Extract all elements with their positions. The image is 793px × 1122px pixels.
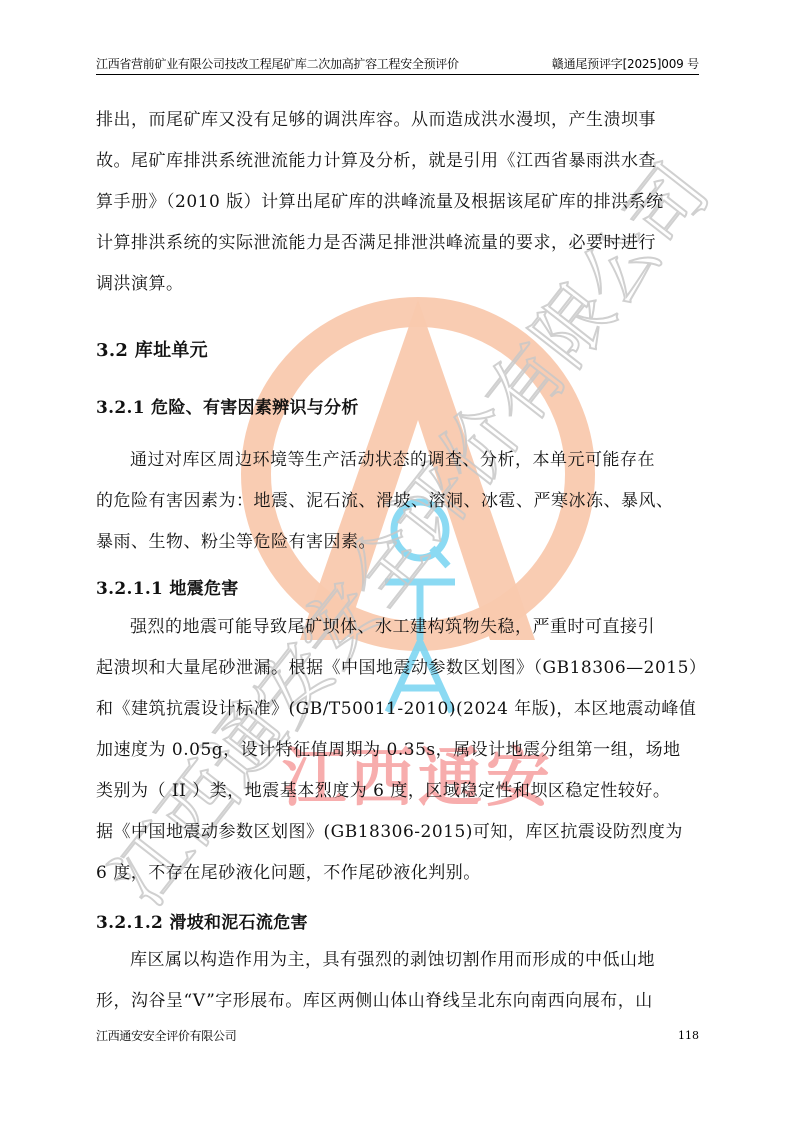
text-line: 故。尾矿库排洪系统泄流能力计算及分析，就是引用《江西省暴雨洪水查	[96, 141, 702, 182]
section-heading-3-2: 3.2 库址单元	[96, 336, 208, 362]
earthquake-hazard-paragraph: 强烈的地震可能导致尾矿坝体、水工建构筑物失稳，严重时可直接引 起溃坝和大量尾砂泄…	[96, 607, 702, 894]
landslide-debris-flow-paragraph: 库区属以构造作用为主，具有强烈的剥蚀切割作用而形成的中低山地 形，沟谷呈“V”字…	[96, 940, 702, 1022]
page-number: 118	[678, 1028, 699, 1044]
section-heading-3-2-1: 3.2.1 危险、有害因素辨识与分析	[96, 393, 359, 418]
page-header: 江西省营前矿业有限公司技改工程尾矿库二次加高扩容工程安全预评价 赣通尾预评字[2…	[96, 56, 699, 75]
text-line: 算手册》（2010 版）计算出尾矿库的洪峰流量及根据该尾矿库的排洪系统	[96, 182, 702, 223]
text-line: 调洪演算。	[96, 264, 702, 305]
section-heading-3-2-1-2: 3.2.1.2 滑坡和泥石流危害	[96, 908, 308, 933]
text-line: 起溃坝和大量尾砂泄漏。根据《中国地震动参数区划图》（GB18306—2015）	[96, 648, 702, 689]
text-line: 排出，而尾矿库又没有足够的调洪库容。从而造成洪水漫坝，产生溃坝事	[96, 100, 702, 141]
section-heading-3-2-1-1: 3.2.1.1 地震危害	[96, 574, 239, 599]
text-line: 暴雨、生物、粉尘等危险有害因素。	[96, 522, 702, 563]
text-line: 和《建筑抗震设计标准》(GB/T50011-2010)(2024 年版)，本区地…	[96, 689, 702, 730]
footer-company-name: 江西通安安全评价有限公司	[96, 1028, 236, 1044]
header-project-title: 江西省营前矿业有限公司技改工程尾矿库二次加高扩容工程安全预评价	[96, 56, 459, 72]
text-line: 6 度，不存在尾砂液化问题，不作尾砂液化判别。	[96, 853, 702, 894]
text-line: 库区属以构造作用为主，具有强烈的剥蚀切割作用而形成的中低山地	[96, 940, 702, 981]
text-line: 计算排洪系统的实际泄流能力是否满足排泄洪峰流量的要求，必要时进行	[96, 223, 702, 264]
text-line: 的危险有害因素为：地震、泥石流、滑坡、溶洞、冰雹、严寒冰冻、暴风、	[96, 481, 702, 522]
text-line: 据《中国地震动参数区划图》(GB18306-2015)可知，库区抗震设防烈度为	[96, 812, 702, 853]
document-page: 江西省营前矿业有限公司技改工程尾矿库二次加高扩容工程安全预评价 赣通尾预评字[2…	[0, 0, 793, 1122]
header-document-number: 赣通尾预评字[2025]009 号	[552, 56, 699, 72]
text-line: 加速度为 0.05g，设计特征值周期为 0.35s，属设计地震分组第一组，场地	[96, 730, 702, 771]
text-line: 形，沟谷呈“V”字形展布。库区两侧山体山脊线呈北东向南西向展布，山	[96, 981, 702, 1022]
intro-paragraph: 排出，而尾矿库又没有足够的调洪库容。从而造成洪水漫坝，产生溃坝事 故。尾矿库排洪…	[96, 100, 702, 305]
text-line: 通过对库区周边环境等生产活动状态的调查、分析，本单元可能存在	[96, 440, 702, 481]
hazard-identification-paragraph: 通过对库区周边环境等生产活动状态的调查、分析，本单元可能存在 的危险有害因素为：…	[96, 440, 702, 563]
text-line: 强烈的地震可能导致尾矿坝体、水工建构筑物失稳，严重时可直接引	[96, 607, 702, 648]
text-line: 类别为（ II ）类，地震基本烈度为 6 度，区域稳定性和坝区稳定性较好。	[96, 771, 702, 812]
